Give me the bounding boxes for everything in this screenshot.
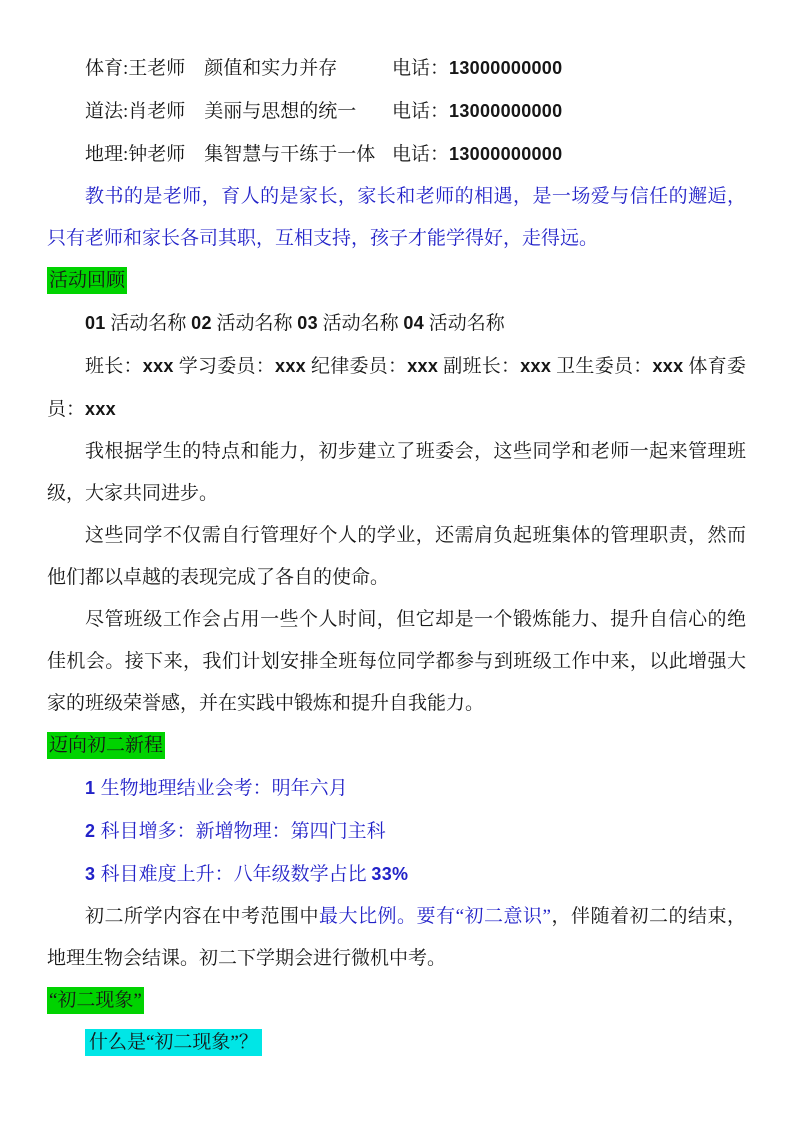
document-body: 体育:王老师颜值和实力并存电话：13000000000道法:肖老师美丽与思想的统…: [47, 47, 746, 1064]
section-heading: 活动回顾: [47, 260, 746, 302]
section-heading-highlight: 活动回顾: [47, 267, 127, 294]
text-run: 活动名称: [318, 313, 404, 334]
paragraph: 我根据学生的特点和能力，初步建立了班委会，这些同学和老师一起来管理班级，大家共同…: [47, 431, 746, 515]
text-run: 卫生委员：: [551, 356, 652, 377]
text-run: 最大比例。要有“初二意识”: [319, 906, 551, 927]
text-run: 尽管班级工作会占用一些个人时间，但它却是一个锻炼能力、提升自信心的绝佳机会。接下…: [47, 609, 746, 714]
text-run: 初二所学内容在中考范围中: [85, 906, 319, 927]
text-run: 2: [85, 821, 101, 841]
text-run: 教书的是老师，育人的是家长，家长和老师的相遇，是一场爱与信任的邂逅，只有老师和家…: [47, 186, 746, 249]
text-run: 我根据学生的特点和能力，初步建立了班委会，这些同学和老师一起来管理班级，大家共同…: [47, 441, 746, 504]
teacher-description: 美丽与思想的统一: [204, 101, 356, 122]
paragraph: 3 科目难度上升：八年级数学占比 33%: [47, 853, 746, 896]
text-run: xxx: [652, 356, 683, 376]
text-run: 班长：: [85, 356, 143, 377]
question-highlight: 什么是“初二现象”？: [85, 1029, 262, 1056]
section-heading: “初二现象”: [47, 980, 746, 1022]
question-line: 什么是“初二现象”？: [47, 1022, 746, 1064]
text-run: xxx: [143, 356, 174, 376]
paragraph: 这些同学不仅需自行管理好个人的学业，还需肩负起班集体的管理职责，然而他们都以卓越…: [47, 515, 746, 599]
section-heading-highlight: 迈向初二新程: [47, 732, 165, 759]
section-heading: 迈向初二新程: [47, 725, 746, 767]
teacher-subject: 地理:钟老师: [85, 144, 185, 165]
text-run: 33%: [371, 864, 408, 884]
text-run: 这些同学不仅需自行管理好个人的学业，还需肩负起班集体的管理职责，然而他们都以卓越…: [47, 525, 746, 588]
paragraph: 初二所学内容在中考范围中最大比例。要有“初二意识”，伴随着初二的结束，地理生物会…: [47, 896, 746, 980]
text-run: 科目难度上升：八年级数学占比: [101, 864, 372, 885]
phone-number: 13000000000: [449, 47, 562, 89]
teacher-contact-row: 体育:王老师颜值和实力并存电话：13000000000: [47, 47, 746, 90]
teacher-subject-cell: 地理:钟老师集智慧与干练于一体: [47, 134, 392, 176]
teacher-contact-row: 地理:钟老师集智慧与干练于一体电话：13000000000: [47, 133, 746, 176]
phone-label: 电话：: [392, 91, 449, 133]
paragraph: 2 科目增多：新增物理：第四门主科: [47, 810, 746, 853]
teacher-description: 颜值和实力并存: [204, 58, 337, 79]
text-run: 纪律委员：: [306, 356, 407, 377]
text-run: 03: [297, 313, 318, 333]
paragraph: 教书的是老师，育人的是家长，家长和老师的相遇，是一场爱与信任的邂逅，只有老师和家…: [47, 176, 746, 260]
paragraph: 01 活动名称 02 活动名称 03 活动名称 04 活动名称: [47, 302, 746, 345]
teacher-subject-cell: 体育:王老师颜值和实力并存: [47, 48, 392, 90]
text-run: 02: [191, 313, 212, 333]
text-run: 科目增多：新增物理：第四门主科: [101, 821, 386, 842]
text-run: 副班长：: [438, 356, 520, 377]
text-run: 04: [403, 313, 424, 333]
teacher-subject: 体育:王老师: [85, 58, 185, 79]
text-run: xxx: [85, 399, 116, 419]
text-run: xxx: [275, 356, 306, 376]
teacher-subject: 道法:肖老师: [85, 101, 185, 122]
text-run: 活动名称: [212, 313, 298, 334]
document-page: 体育:王老师颜值和实力并存电话：13000000000道法:肖老师美丽与思想的统…: [0, 0, 793, 1122]
text-run: 01: [85, 313, 106, 333]
phone-label: 电话：: [392, 48, 449, 90]
text-run: 1: [85, 778, 101, 798]
paragraph: 1 生物地理结业会考：明年六月: [47, 767, 746, 810]
teacher-subject-cell: 道法:肖老师美丽与思想的统一: [47, 91, 392, 133]
text-run: xxx: [520, 356, 551, 376]
teacher-description: 集智慧与干练于一体: [204, 144, 375, 165]
phone-label: 电话：: [392, 134, 449, 176]
paragraph: 尽管班级工作会占用一些个人时间，但它却是一个锻炼能力、提升自信心的绝佳机会。接下…: [47, 599, 746, 725]
text-run: 3: [85, 864, 101, 884]
teacher-contact-row: 道法:肖老师美丽与思想的统一电话：13000000000: [47, 90, 746, 133]
section-heading-highlight: “初二现象”: [47, 987, 144, 1014]
phone-number: 13000000000: [449, 90, 562, 132]
text-run: 活动名称: [106, 313, 192, 334]
text-run: 学习委员：: [174, 356, 275, 377]
phone-number: 13000000000: [449, 133, 562, 175]
paragraph: 班长：xxx 学习委员：xxx 纪律委员：xxx 副班长：xxx 卫生委员：xx…: [47, 345, 746, 431]
text-run: xxx: [407, 356, 438, 376]
text-run: 活动名称: [424, 313, 505, 334]
text-run: 生物地理结业会考：明年六月: [101, 778, 348, 799]
